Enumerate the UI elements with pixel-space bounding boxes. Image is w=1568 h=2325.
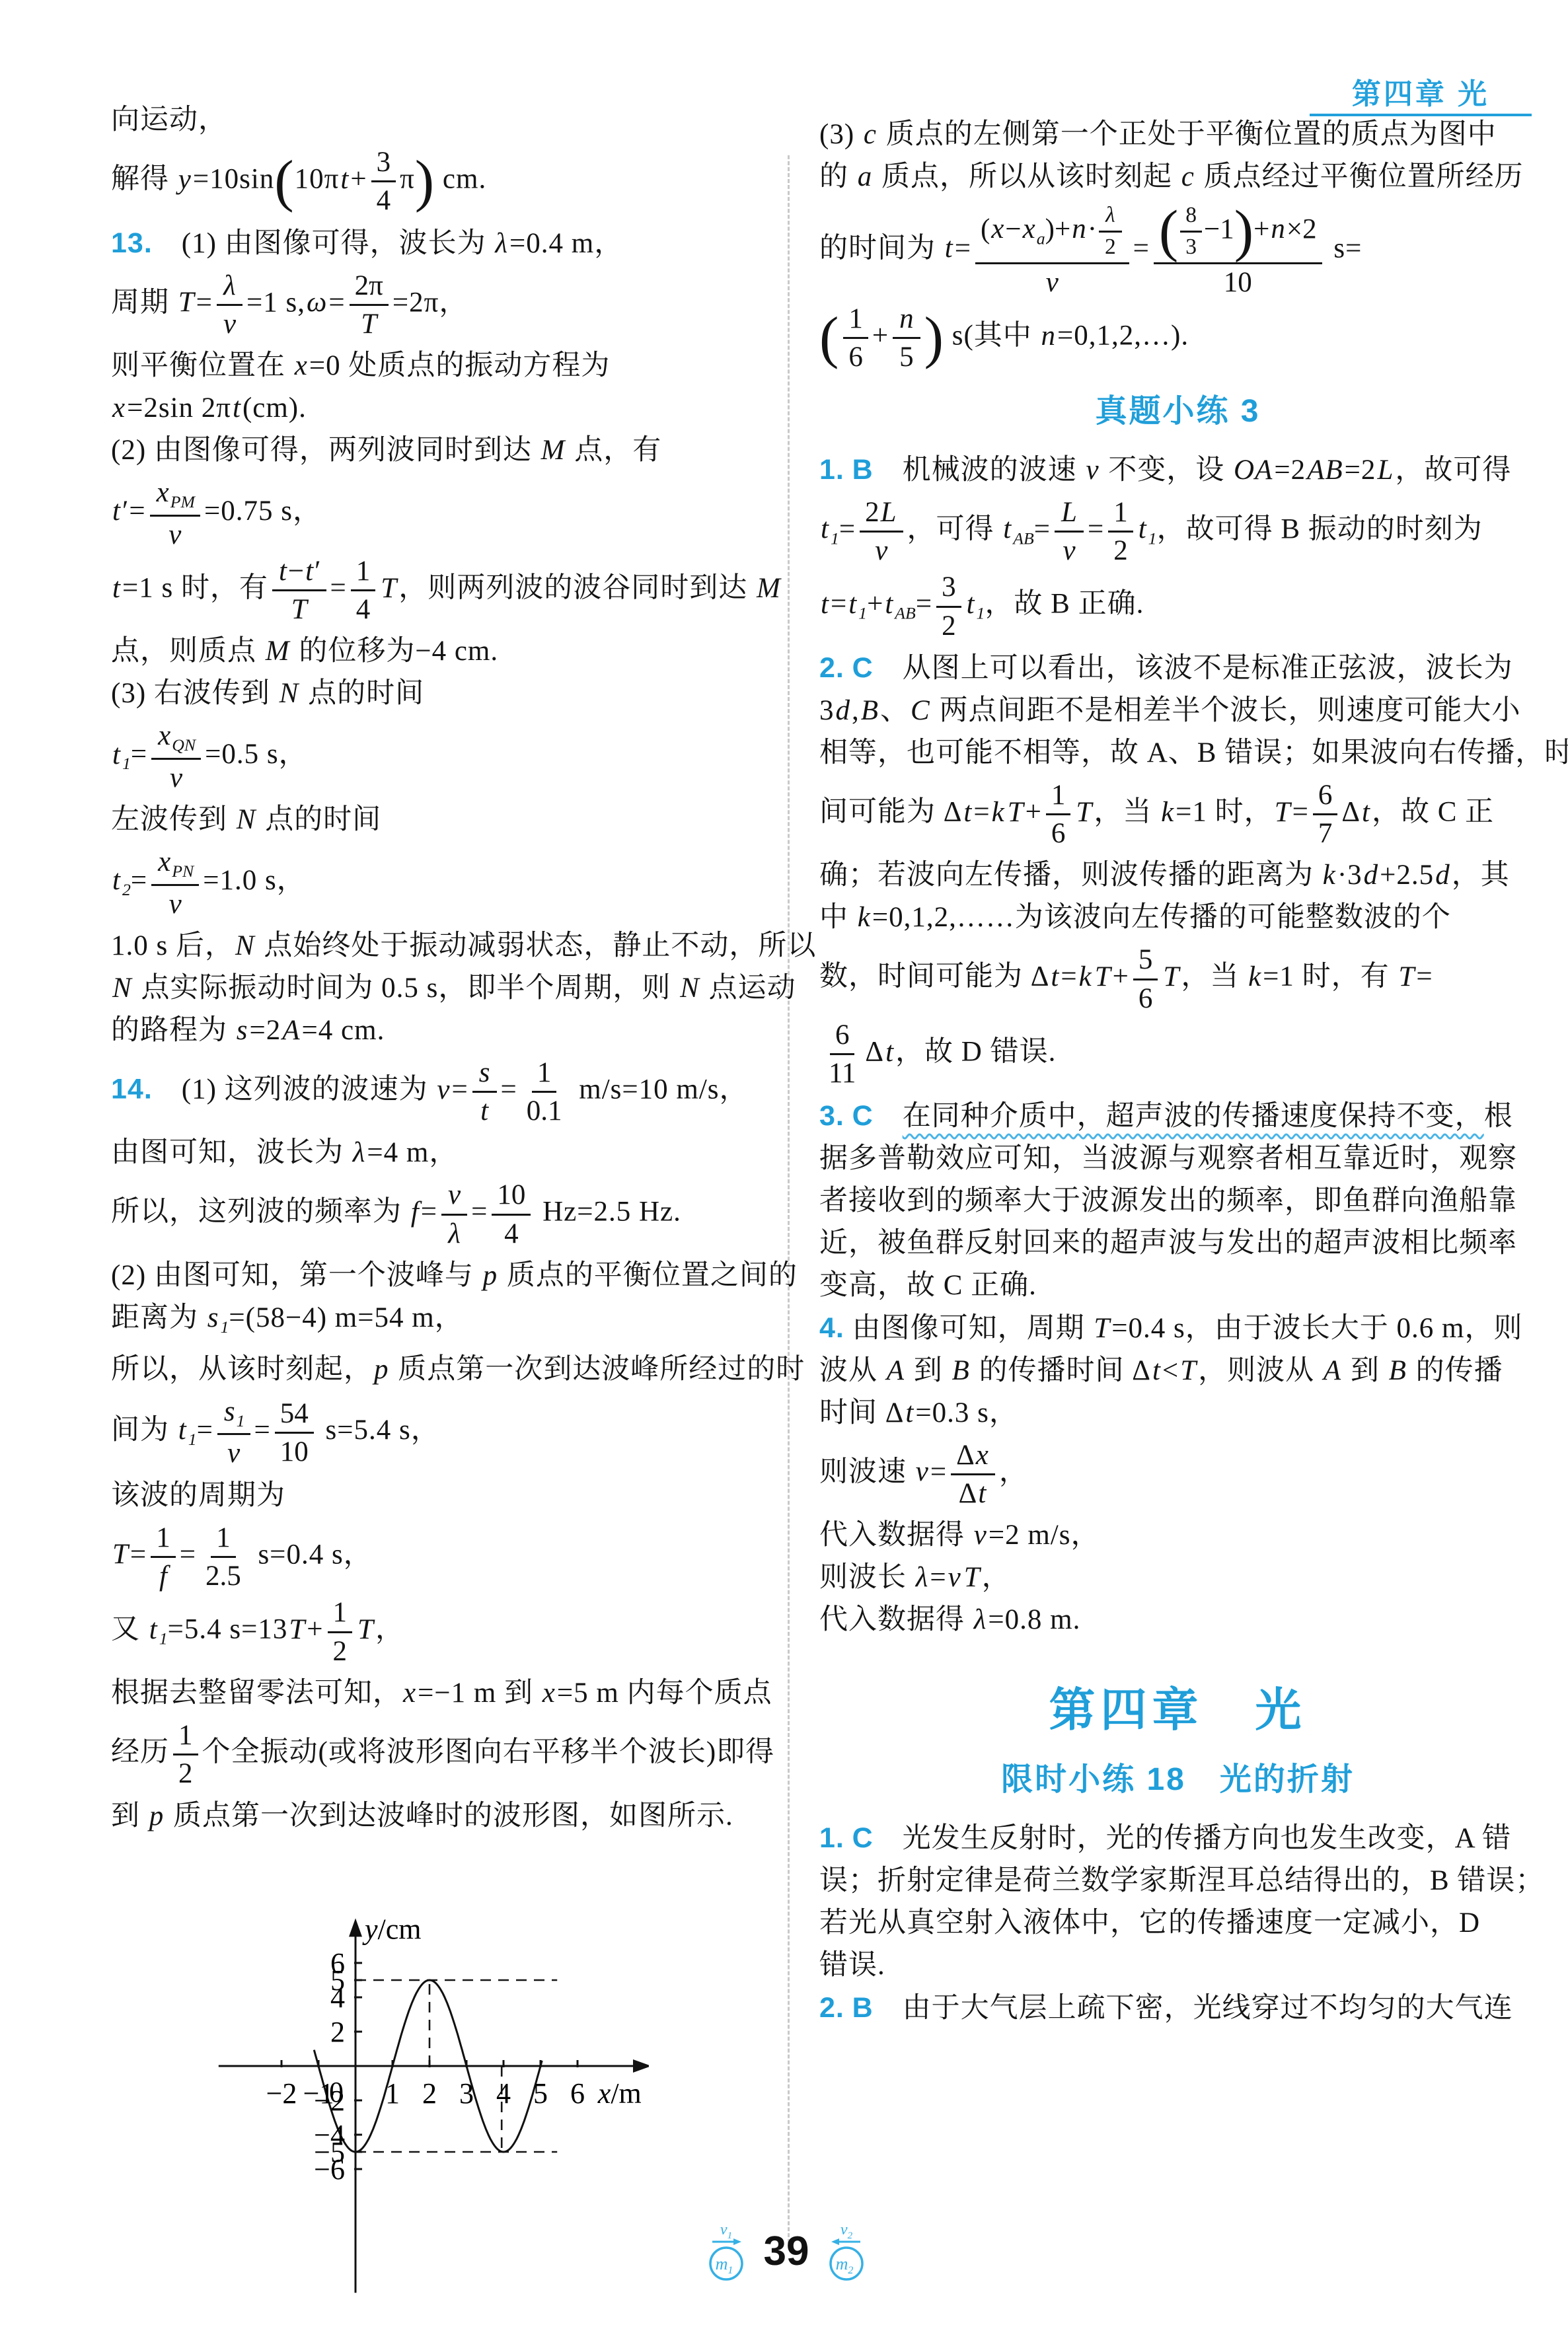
text-run	[844, 1101, 852, 1132]
text-run: (2) 由图像可得，两列波同时到达	[111, 435, 540, 466]
text-run: =	[130, 1539, 147, 1570]
text-run	[844, 1823, 852, 1854]
text-run: 1	[220, 1317, 229, 1337]
text-run: 的	[819, 161, 856, 192]
waveform-chart: −2−11234566542−2−4−5−60y/cmx/m	[213, 1909, 649, 2303]
text-line: N 点实际振动时间为 0.5 s，即半个周期，则 N 点运动	[111, 967, 768, 1010]
text-run: 1	[178, 1720, 193, 1751]
text-run: T	[1397, 961, 1416, 992]
text-run: t	[111, 496, 122, 527]
text-line: 若光从真空射入液体中，它的传播速度一定减小，D	[819, 1902, 1536, 1944]
right-column: (3) c 质点的左侧第一个正处于平衡位置的质点为图中的 a 质点，所以从该时刻…	[819, 114, 1536, 2030]
text-run: =5 m 内每个质点	[557, 1678, 772, 1709]
text-run: N	[278, 678, 301, 709]
section-header: 真题小练 3	[819, 392, 1536, 431]
text-run: 3	[377, 147, 391, 178]
text-run: 2π	[355, 270, 383, 301]
text-run: a	[1037, 229, 1045, 248]
text-run: 向运动，	[111, 104, 227, 135]
formula-line: 间可能为 Δt=kT+16T，当 k=1 时，T=67Δt，故 C 正	[819, 780, 1536, 850]
formula-line: 611Δt，故 D 错误.	[819, 1019, 1536, 1089]
text-run: =	[1292, 797, 1309, 828]
text-run: 6	[1051, 818, 1066, 849]
fraction: xQNv	[151, 720, 201, 793]
formula-line: T=1f=12.5 s=0.4 s，	[111, 1522, 768, 1592]
text-run: <	[1162, 1355, 1179, 1386]
text-run: 则波长	[819, 1562, 915, 1593]
text-run: 1	[156, 1522, 170, 1553]
text-run: −	[288, 556, 304, 587]
text-run: 确；若波向左传播，则波传播的距离为	[819, 860, 1322, 891]
text-run: Δ	[865, 1037, 884, 1068]
text-run: 10	[497, 1179, 525, 1210]
text-run: =0.75 s，	[204, 496, 322, 527]
text-run: d	[1363, 860, 1380, 891]
formula-line: 所以，这列波的频率为 f=vλ=104 Hz=2.5 Hz.	[111, 1179, 768, 1249]
text-run: 周期	[111, 287, 177, 318]
fraction: 12.5	[200, 1522, 246, 1592]
text-run	[844, 653, 852, 684]
text-run: 11	[829, 1058, 856, 1089]
text-run: t	[1137, 513, 1148, 544]
text-run: +	[350, 164, 367, 195]
text-run: 点的时间	[300, 678, 424, 709]
mass-ball-m1-icon: v1m1	[704, 2221, 748, 2282]
text-run: 6	[1139, 983, 1153, 1014]
text-run: k	[1322, 860, 1337, 891]
text-run: =	[930, 1456, 947, 1487]
text-run: =0.5 s，	[205, 739, 307, 770]
text-run: t	[884, 1037, 895, 1068]
text-run: v	[222, 309, 237, 340]
text-run: T	[1074, 797, 1094, 828]
fraction: vλ	[441, 1179, 467, 1249]
text-run: v	[915, 1456, 930, 1487]
waveform-figure: −2−11234566542−2−4−5−60y/cmx/m	[213, 1909, 649, 2303]
text-line: 代入数据得 λ=0.8 m.	[819, 1599, 1536, 1641]
text-run: t	[148, 1614, 159, 1645]
page-number: 39	[764, 2231, 809, 2272]
text-run: (	[274, 149, 294, 213]
text-run: 1	[356, 556, 371, 587]
text-line: 到 p 质点第一次到达波峰时的波形图，如图所示.	[111, 1795, 768, 1837]
text-run: =2sin 2π	[127, 392, 231, 424]
text-run: 点的时间	[257, 804, 381, 835]
text-run: OA	[1232, 455, 1274, 486]
text-line: 代入数据得 v=2 m/s，	[819, 1514, 1536, 1557]
fraction: 16	[843, 303, 868, 373]
text-run: 2	[178, 1758, 193, 1789]
text-run: M	[540, 435, 567, 466]
text-run: T	[356, 1614, 375, 1645]
text-run: PM	[170, 492, 195, 511]
fraction: 12	[173, 1720, 198, 1790]
y-axis-arrow	[349, 1918, 362, 1937]
text-run	[844, 455, 852, 486]
text-run: x	[157, 846, 172, 877]
text-run: 10	[280, 1436, 309, 1467]
text-line: 时间 Δt=0.3 s，	[819, 1392, 1536, 1434]
text-run: N	[235, 804, 258, 835]
text-line: 变高，故 C 正确.	[819, 1265, 1536, 1307]
text-run: t	[177, 1415, 188, 1446]
text-run: ，故 D 错误.	[895, 1037, 1056, 1068]
text-run: 点实际振动时间为 0.5 s，即半个周期，则	[133, 973, 679, 1004]
text-run: L	[879, 497, 898, 528]
text-run: 0.1	[527, 1095, 562, 1126]
text-run: s	[478, 1057, 492, 1088]
text-run: T	[290, 594, 309, 625]
text-run: c	[1180, 161, 1196, 192]
text-run: =10sin	[193, 164, 274, 195]
text-run: =0,1,2,……为该波向左传播的可能整数波的个	[872, 902, 1451, 933]
text-line: 错误.	[819, 1944, 1536, 1987]
text-run: 6	[848, 342, 863, 373]
text-run: v	[1061, 535, 1076, 566]
text-run: λ	[494, 228, 509, 259]
text-run: 10π	[295, 164, 340, 195]
text-run: 1	[216, 1522, 231, 1553]
text-run: 机械波的波速	[874, 455, 1085, 486]
text-run: 1	[237, 1411, 245, 1430]
text-run: s=	[1326, 233, 1363, 264]
text-run: 1	[1051, 780, 1066, 811]
mass-label: m1	[715, 2254, 733, 2276]
fraction: st	[472, 1057, 497, 1127]
text-run: =	[973, 797, 990, 828]
text-run: Δ	[1341, 797, 1361, 828]
text-run: )+	[1045, 213, 1071, 244]
text-run: m/s=10 m/s，	[572, 1074, 749, 1105]
item-number: B	[852, 1992, 874, 2024]
text-run: =	[328, 287, 345, 318]
text-run: 距离为	[111, 1302, 206, 1333]
text-run: 错误.	[819, 1950, 885, 1981]
text-run: 相等，也可能不相等，故 A、B 错误；如果波向右传播，时	[819, 737, 1568, 768]
text-run: t	[962, 797, 973, 828]
text-run: T	[359, 309, 378, 340]
text-run: ·	[1088, 213, 1097, 244]
text-run: Δ	[956, 1440, 975, 1471]
text-line: 1. B 机械波的波速 v 不变，设 OA=2AB=2L，故可得	[819, 449, 1536, 492]
formula-line: 间为 t1=s1v=5410 s=5.4 s，	[111, 1396, 768, 1469]
text-run: s=5.4 s，	[318, 1415, 440, 1446]
text-run: t	[111, 865, 122, 896]
text-run: 1	[858, 604, 867, 623]
text-run: =4 cm.	[302, 1015, 385, 1046]
text-run: T	[379, 573, 398, 604]
formula-line: 数，时间可能为 Δt=kT+56T，当 k=1 时，有 T=	[819, 944, 1536, 1014]
text-run: T	[111, 1539, 130, 1570]
text-run: (cm).	[243, 392, 307, 424]
text-run: a	[856, 161, 874, 192]
item-number: 13.	[111, 227, 153, 259]
text-line: 相等，也可能不相等，故 A、B 错误；如果波向右传播，时	[819, 732, 1536, 774]
text-run: =	[1088, 513, 1104, 544]
text-run: v	[947, 1562, 963, 1593]
fraction: 12	[328, 1597, 353, 1667]
text-run: 1	[333, 1597, 348, 1628]
section-header: 限时小练 18 光的折射	[819, 1760, 1536, 1800]
formula-line: 周期 T=λv=1 s,ω=2πT=2π，	[111, 270, 768, 340]
text-run: ，可得	[907, 513, 1002, 544]
text-run: x	[541, 1678, 557, 1709]
text-run: A	[281, 1015, 301, 1046]
item-number: 14.	[111, 1074, 153, 1105]
text-run: 点，则质点	[111, 636, 264, 667]
text-run: k	[1078, 961, 1094, 992]
text-run: 在同种介质中，超声波的传播速度保持不变，	[903, 1101, 1484, 1132]
text-run: A	[1322, 1355, 1343, 1386]
page-footer: v1m1 39 v2m2	[661, 2221, 912, 2282]
fraction: 14	[351, 556, 376, 626]
text-run: =	[1061, 961, 1077, 992]
text-run: 质点第一次到达波峰时的波形图，如图所示.	[165, 1800, 733, 1831]
text-run: =	[501, 1074, 517, 1105]
text-run: n	[1070, 213, 1088, 244]
text-run: 的传播时间 Δ	[971, 1355, 1151, 1386]
text-run: t	[1049, 961, 1061, 992]
text-run: c	[862, 119, 878, 150]
item-number: 2.	[819, 1992, 844, 2024]
text-run: 又	[111, 1614, 148, 1645]
text-run: 8	[1185, 203, 1197, 227]
text-run: T	[1273, 797, 1292, 828]
item-number: C	[852, 652, 874, 684]
text-run: =1.0 s，	[203, 865, 305, 896]
mass-label: m2	[836, 2254, 854, 2276]
text-run: 数，时间可能为 Δ	[819, 961, 1049, 992]
text-run: 质点第一次到达波峰所经过的时	[391, 1354, 805, 1385]
text-run: λ	[915, 1562, 930, 1593]
text-run: d	[835, 695, 852, 726]
formula-line: 又 t1=5.4 s=13T+12T，	[111, 1597, 768, 1667]
text-run: 4	[377, 185, 391, 216]
y-tick-label: 2	[330, 2016, 345, 2048]
x-tick-label: 2	[422, 2077, 437, 2110]
fraction: 32	[936, 572, 961, 642]
text-run: N	[111, 973, 133, 1004]
text-line: x=2sin 2πt(cm).	[111, 387, 768, 429]
fraction: xPMv	[150, 477, 200, 550]
text-run: t	[819, 589, 831, 620]
text-run: =	[1133, 233, 1150, 264]
text-run: x	[293, 350, 309, 381]
text-run: =1 s 时，有	[122, 573, 268, 604]
text-run: (2) 由图可知，第一个波峰与	[111, 1260, 482, 1291]
text-run: p	[482, 1260, 500, 1291]
text-line: 1.0 s 后，N 点始终处于振动减弱状态，静止不动，所以	[111, 925, 768, 967]
text-run: +	[307, 1614, 323, 1645]
text-run: =2 m/s，	[989, 1520, 1100, 1551]
text-run: ，故可得	[1395, 455, 1511, 486]
text-run: 质点，所以从该时刻起	[874, 161, 1180, 192]
text-run: =	[471, 1197, 488, 1228]
text-run: =4 m，	[367, 1137, 458, 1168]
text-run: 则波速	[819, 1456, 915, 1487]
text-run: 3	[819, 695, 835, 726]
item-number: 4.	[819, 1312, 844, 1344]
fraction: 611	[823, 1019, 861, 1089]
text-run: x	[1022, 213, 1037, 244]
formula-line: t′=xPMv=0.75 s，	[111, 477, 768, 550]
text-line: 则平衡位置在 x=0 处质点的振动方程为	[111, 345, 768, 387]
text-run: 代入数据得	[819, 1520, 973, 1551]
text-run: v	[447, 1179, 462, 1210]
text-run: ，故 B 正确.	[985, 589, 1144, 620]
text-run: f	[410, 1197, 421, 1228]
text-run: =0,1,2,…).	[1057, 320, 1189, 351]
fraction: 16	[1046, 780, 1071, 850]
text-run: =2π，	[392, 287, 468, 318]
text-run: λ	[1104, 203, 1117, 227]
text-run: n	[1040, 320, 1058, 351]
text-run: =0 处质点的振动方程为	[309, 350, 611, 381]
text-run: t	[339, 164, 350, 195]
text-line: 者接收到的频率大于波源发出的频率，即鱼群向渔船靠	[819, 1180, 1536, 1222]
text-run: 3	[1185, 235, 1197, 259]
text-run: k	[990, 797, 1006, 828]
text-run: 间可能为 Δ	[819, 797, 962, 828]
text-run: =2	[1274, 455, 1306, 486]
text-run: t	[904, 1397, 915, 1428]
formula-line: t2=xPNv=1.0 s，	[111, 846, 768, 920]
text-run: s=0.4 s，	[250, 1539, 373, 1570]
text-run: PN	[172, 862, 194, 881]
text-run: =	[452, 1074, 468, 1105]
text-run: 光发生反射时，光的传播方向也发生改变，A 错	[874, 1823, 1511, 1854]
text-run: x	[990, 213, 1005, 244]
text-run: x	[111, 392, 127, 424]
text-run: 1	[848, 303, 863, 334]
text-run: (	[819, 305, 839, 370]
text-run: =	[1034, 513, 1051, 544]
formula-line: t=t1+tAB=32t1，故 B 正确.	[819, 572, 1536, 642]
text-run: 2	[1105, 235, 1116, 259]
text-run: p	[373, 1354, 391, 1385]
text-line: 2. C 从图上可以看出，该波不是标准正弦波，波长为	[819, 647, 1536, 690]
x-tick-label: −2	[266, 2077, 297, 2110]
text-run: 的时间为	[819, 233, 944, 264]
y-tick-label: 4	[330, 1981, 345, 2014]
text-run: (	[981, 213, 990, 244]
text-run: 2	[942, 610, 956, 642]
text-run: Δ	[959, 1478, 977, 1509]
text-run: 1	[122, 755, 131, 774]
text-run: 根据去整留零法可知，	[111, 1678, 402, 1709]
text-run: 2	[865, 497, 879, 528]
fraction: 10.1	[521, 1057, 568, 1127]
fraction: (x−xa)+n·λ2v	[975, 203, 1129, 298]
text-run: T	[1006, 797, 1026, 828]
formula-line: (16+n5) s(其中 n=0,1,2,…).	[819, 303, 1536, 373]
text-line: 1. C 光发生反射时，光的传播方向也发生改变，A 错	[819, 1817, 1536, 1860]
text-run: +	[867, 589, 883, 620]
text-run: n	[1269, 213, 1287, 244]
text-run: 到	[1343, 1355, 1388, 1386]
text-run: +	[1113, 961, 1129, 992]
text-run: =	[916, 589, 932, 620]
text-run: ，	[999, 1456, 1028, 1487]
text-run: =5.4 s=13	[168, 1614, 288, 1645]
text-run: 2	[333, 1636, 348, 1667]
text-run: t	[1361, 797, 1372, 828]
text-run: ，则两列波的波谷同时到达	[398, 573, 755, 604]
text-run: ，则波从	[1198, 1355, 1322, 1386]
formula-line: 14. (1) 这列波的波速为 v=st=10.1 m/s=10 m/s，	[111, 1057, 768, 1127]
text-run: =0.8 m.	[988, 1604, 1080, 1635]
text-run: s(其中	[944, 320, 1040, 351]
text-run: t	[819, 513, 831, 544]
text-line: 该波的周期为	[111, 1475, 768, 1517]
fraction: n5	[893, 303, 920, 373]
text-run: 间为	[111, 1415, 177, 1446]
x-tick-label: 5	[533, 2077, 548, 2110]
text-run: y	[177, 164, 193, 195]
text-run: B	[951, 1355, 971, 1386]
text-run: v	[1045, 267, 1060, 298]
text-run: v	[168, 762, 184, 793]
text-run: ′	[315, 556, 320, 587]
text-run: 所以，从该时刻起，	[111, 1354, 373, 1385]
y-tick-label: −6	[314, 2153, 345, 2186]
text-run: (3) 右波传到	[111, 678, 278, 709]
text-run: x	[155, 477, 170, 508]
formula-line: 则波速 v=ΔxΔt，	[819, 1440, 1536, 1510]
text-run: 1	[1148, 529, 1157, 548]
text-run: ，	[982, 1562, 1011, 1593]
text-run: 由图像可知，周期	[844, 1313, 1093, 1344]
text-run: =	[180, 1539, 196, 1570]
fraction: 83	[1180, 203, 1202, 260]
text-run: 4	[356, 594, 371, 625]
text-line: 2. B 由于大气层上疏下密，光线穿过不均匀的大气连	[819, 1987, 1536, 2030]
fraction: ΔxΔt	[951, 1440, 995, 1510]
text-run: B	[1388, 1355, 1408, 1386]
text-run: t	[304, 556, 315, 587]
text-line: (2) 由图可知，第一个波峰与 p 质点的平衡位置之间的	[111, 1255, 768, 1297]
text-run: M	[755, 573, 782, 604]
text-run: v	[973, 1520, 989, 1551]
fraction: 1f	[151, 1522, 176, 1592]
formula-line: 解得 y=10sin(10πt+34π) cm.	[111, 147, 768, 217]
text-run: )	[924, 305, 944, 370]
text-run: (	[1159, 199, 1178, 264]
text-run: =(58−4) m=54 m，	[229, 1302, 463, 1333]
text-line: 中 k=0,1,2,……为该波向左传播的可能整数波的个	[819, 897, 1536, 939]
text-run: ′=	[122, 496, 146, 527]
text-run: +	[1253, 213, 1269, 244]
text-run: T	[1162, 961, 1181, 992]
formula-line: t1=xQNv=0.5 s，	[111, 720, 768, 793]
text-run: t	[965, 589, 977, 620]
x-axis-arrow	[633, 2059, 649, 2073]
text-run: 2	[1113, 535, 1128, 566]
text-run: 波从	[819, 1355, 885, 1386]
text-run: ×2	[1287, 213, 1317, 244]
text-run: 误；折射定律是荷兰数学家斯涅耳总结得出的，B 错误；	[819, 1865, 1544, 1896]
text-run: s	[206, 1302, 221, 1333]
text-run: (3)	[819, 119, 862, 150]
text-run: 6	[835, 1019, 850, 1051]
text-run: 10	[1224, 267, 1252, 298]
text-run: L	[1376, 455, 1395, 486]
text-run: N	[679, 973, 701, 1004]
text-run: 7	[1318, 818, 1333, 849]
text-run: (1) 由图像可得，波长为	[153, 228, 494, 259]
text-run: 1	[188, 1430, 197, 1449]
text-run: 2.5	[205, 1561, 241, 1592]
